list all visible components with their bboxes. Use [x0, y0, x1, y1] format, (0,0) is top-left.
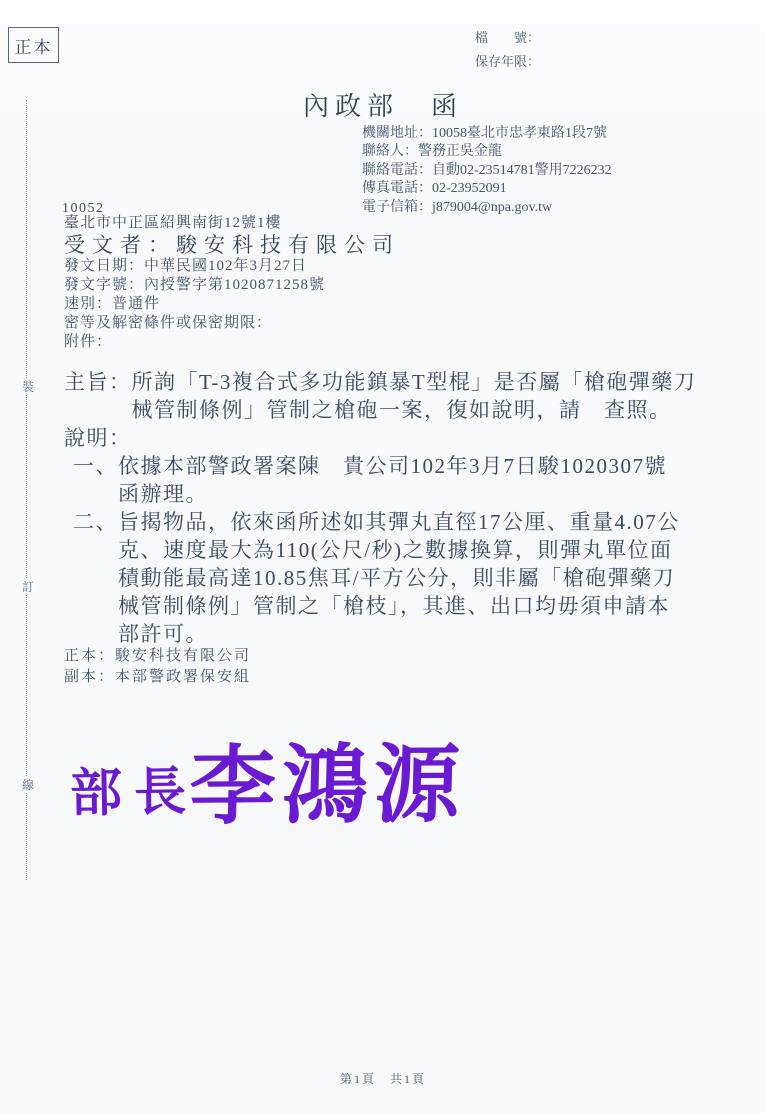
minister-signature-stamp: 部長 李鴻源	[62, 722, 482, 852]
recipient-line: 受文者：駿安科技有限公司	[64, 229, 400, 259]
binding-mark-zhuang: 裝	[21, 378, 35, 395]
document-title: 內政部 函	[0, 86, 766, 123]
file-number-label: 檔 號：	[475, 26, 540, 50]
subject-section: 主旨： 所詢「T-3複合式多功能鎮暴T型棍」是否屬「槍砲彈藥刀 械管制條例」管制…	[64, 368, 696, 424]
binding-dotted-line	[26, 100, 27, 880]
item-1-text: 依據本部警政署案陳 貴公司102年3月7日駿1020307號 函辦理。	[118, 452, 667, 508]
original-copy-stamp-label: 正本	[15, 33, 53, 58]
item-2-text: 旨揭物品，依來函所述如其彈丸直徑17公厘、重量4.07公 克、速度最大為110(…	[118, 508, 680, 648]
binding-mark-xian: 線	[21, 776, 35, 793]
retention-period-label: 保存年限：	[475, 50, 540, 74]
original-copy-stamp: 正本	[8, 27, 59, 63]
scanned-official-letter: 正本 檔 號： 保存年限： 內政部 函 機關地址：10058臺北市忠孝東路1段7…	[0, 0, 766, 1113]
item-2-number: 二、	[73, 508, 118, 648]
subject-text: 所詢「T-3複合式多功能鎮暴T型棍」是否屬「槍砲彈藥刀 械管制條例」管制之槍砲一…	[132, 368, 697, 424]
document-meta-block: 發文日期：中華民國102年3月27日 發文字號：內授警字第1020871258號…	[64, 257, 325, 352]
explanation-item-2: 二、 旨揭物品，依來函所述如其彈丸直徑17公厘、重量4.07公 克、速度最大為1…	[73, 508, 680, 648]
page-number-footer: 第1頁 共1頁	[0, 1070, 766, 1087]
minister-name: 李鴻源	[188, 715, 467, 841]
explanation-label: 說明：	[64, 424, 132, 452]
minister-title: 部長	[69, 749, 198, 826]
binding-mark-ding: 訂	[21, 578, 35, 595]
agency-contact-block: 機關地址：10058臺北市忠孝東路1段7號 聯絡人：警務正吳金龍 聯絡電話：自動…	[362, 125, 612, 217]
file-number-block: 檔 號： 保存年限：	[475, 26, 540, 74]
explanation-item-1: 一、 依據本部警政署案陳 貴公司102年3月7日駿1020307號 函辦理。	[73, 452, 667, 508]
subject-label: 主旨：	[64, 368, 132, 424]
item-1-number: 一、	[73, 452, 118, 508]
cc-block: 正本：駿安科技有限公司 副本：本部警政署保安組	[64, 646, 251, 688]
